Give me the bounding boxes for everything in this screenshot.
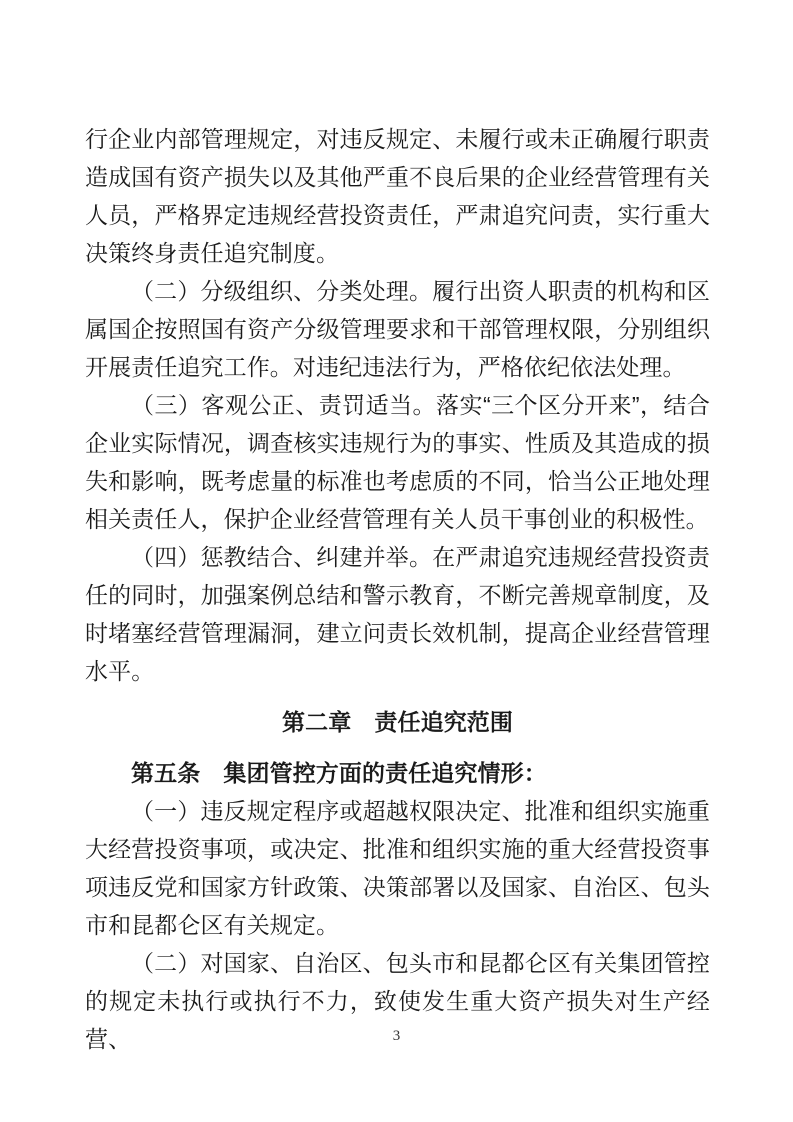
paragraph-principle-3: （三）客观公正、责罚适当。落实“三个区分开来”，结合企业实际情况，调查核实违规行… (85, 386, 710, 538)
page-number: 3 (0, 1028, 793, 1045)
paragraph-continuation: 行企业内部管理规定，对违反规定、未履行或未正确履行职责造成国有资产损失以及其他严… (85, 120, 710, 272)
paragraph-scope-item-1: （一）违反规定程序或超越权限决定、批准和组织实施重大经营投资事项，或决定、批准和… (85, 792, 710, 944)
article-5-heading: 第五条 集团管控方面的责任追究情形： (85, 754, 710, 792)
document-body: 行企业内部管理规定，对违反规定、未履行或未正确履行职责造成国有资产损失以及其他严… (85, 120, 710, 1058)
chapter-2-heading: 第二章 责任追究范围 (85, 703, 710, 741)
document-page: 行企业内部管理规定，对违反规定、未履行或未正确履行职责造成国有资产损失以及其他严… (0, 0, 793, 1122)
paragraph-principle-4: （四）惩教结合、纠建并举。在严肃追究违规经营投资责任的同时，加强案例总结和警示教… (85, 538, 710, 690)
paragraph-principle-2: （二）分级组织、分类处理。履行出资人职责的机构和区属国企按照国有资产分级管理要求… (85, 272, 710, 386)
